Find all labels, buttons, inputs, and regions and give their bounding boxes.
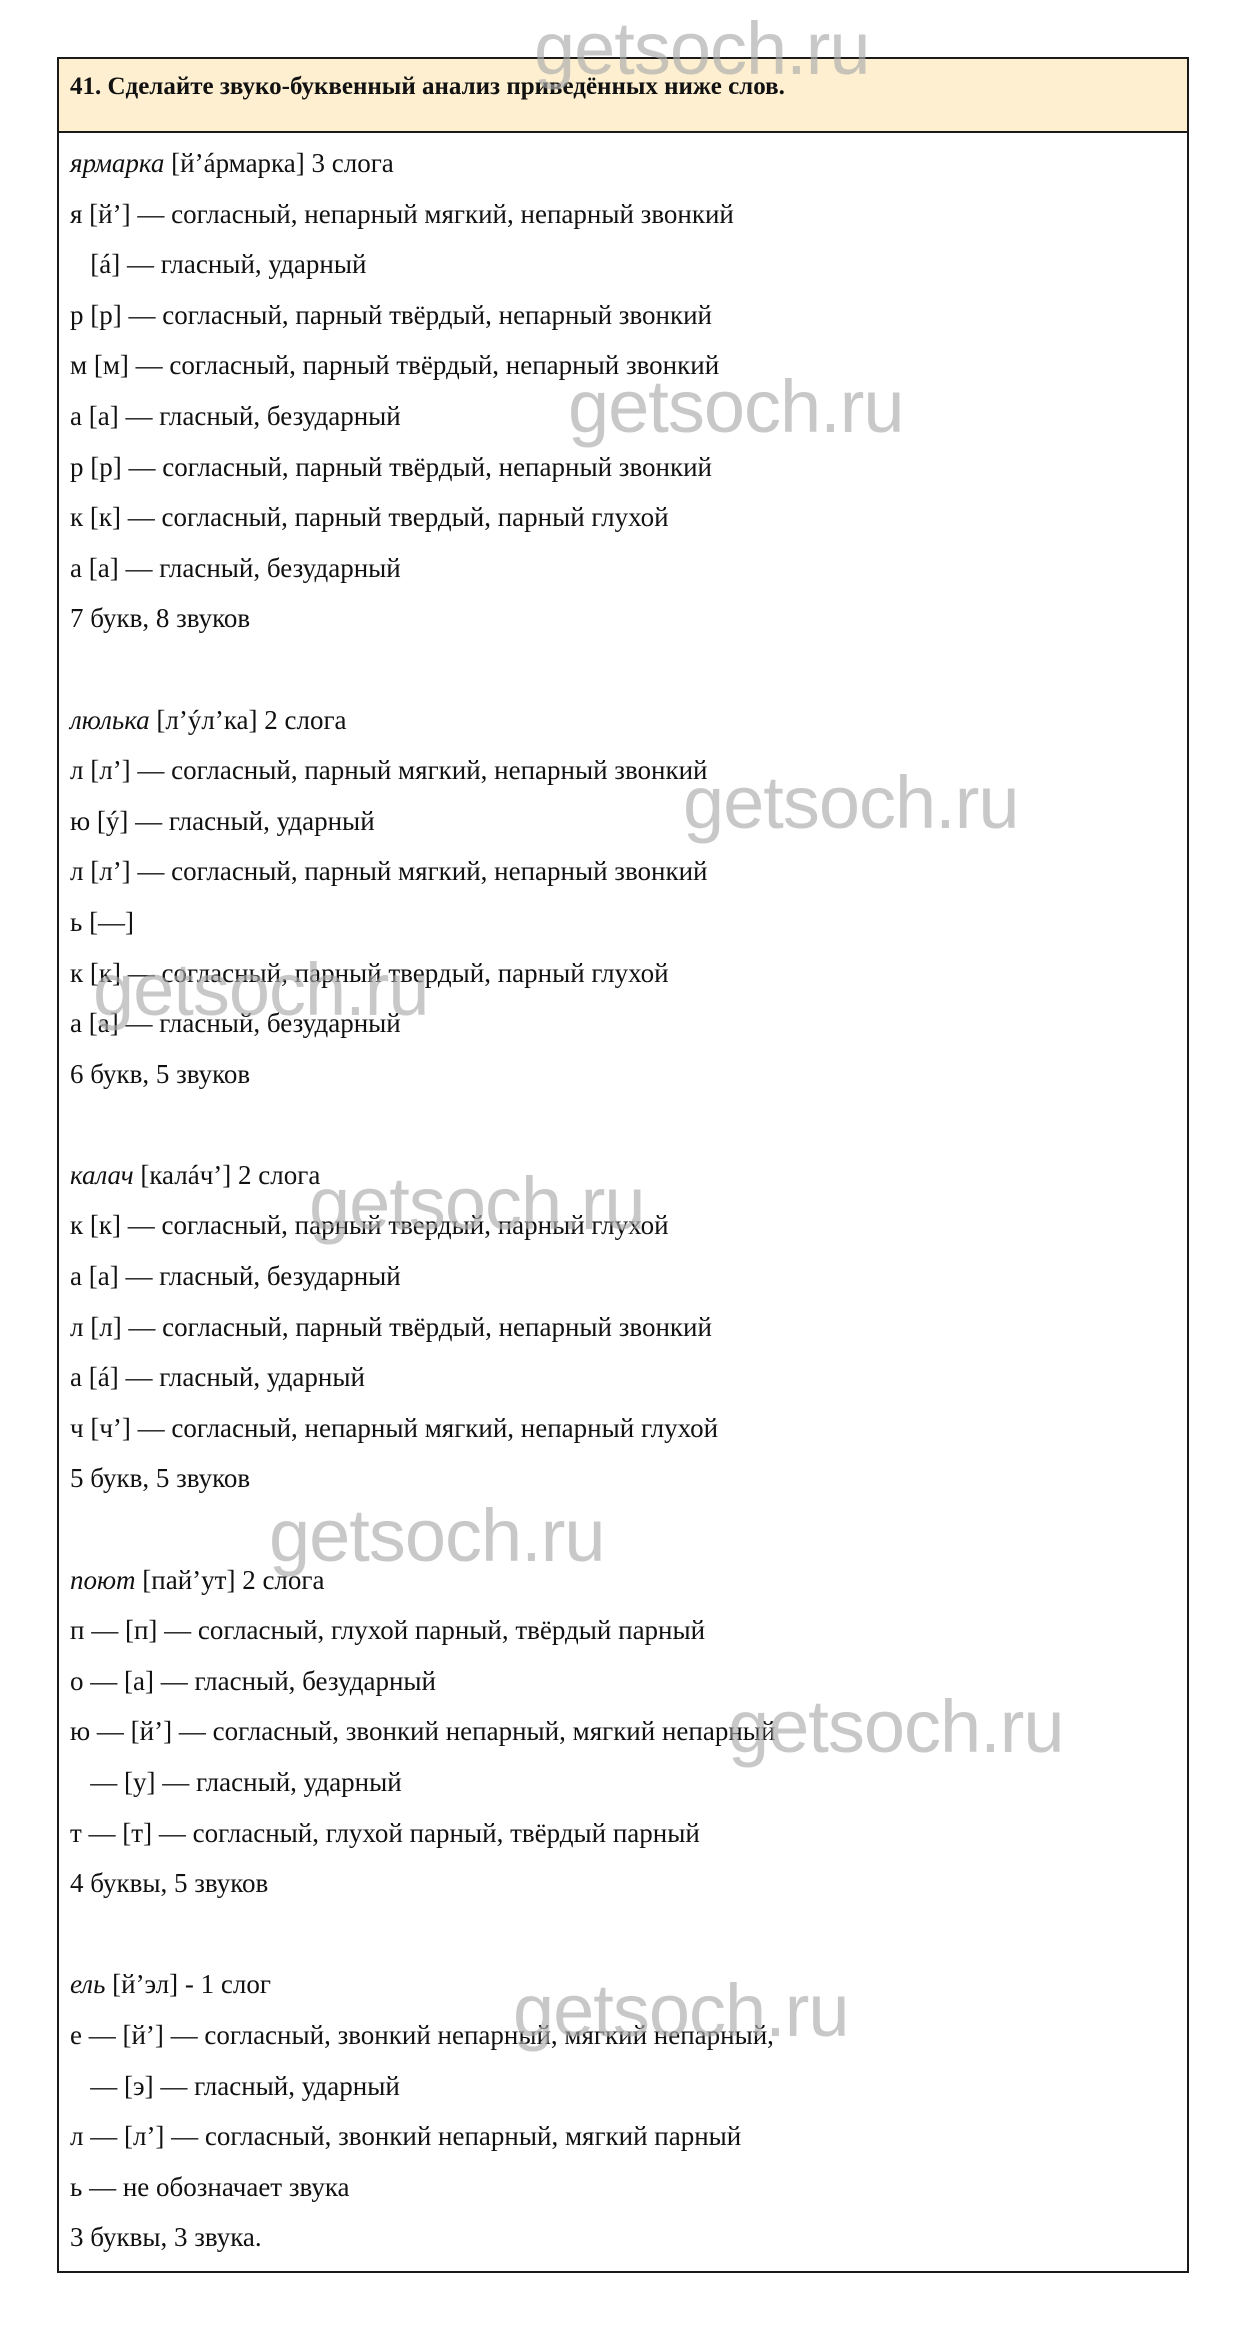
analysis-line: л [л] — согласный, парный твёрдый, непар…	[70, 1302, 1187, 1353]
word-heading: поют [пай’ут] 2 слога	[70, 1555, 1187, 1606]
analysis-line: р [р] — согласный, парный твёрдый, непар…	[70, 290, 1187, 341]
word-heading: калач [калáч’] 2 слога	[70, 1150, 1187, 1201]
analysis-line: к [к] — согласный, парный твердый, парны…	[70, 492, 1187, 543]
transcription: [й’эл] - 1 слог	[105, 1969, 271, 1999]
analysis-line: а [á] — гласный, ударный	[70, 1352, 1187, 1403]
word-heading: ярмарка [й’áрмарка] 3 слога	[70, 138, 1187, 189]
analysis-line: 6 букв, 5 звуков	[70, 1049, 1187, 1100]
analysis-line: л [л’] — согласный, парный мягкий, непар…	[70, 745, 1187, 796]
analysis-line: ь — не обозначает звука	[70, 2162, 1187, 2213]
analysis-line: а [а] — гласный, безударный	[70, 1251, 1187, 1302]
transcription: [калáч’] 2 слога	[134, 1160, 321, 1190]
analysis-line: ю — [й’] — согласный, звонкий непарный, …	[70, 1706, 1187, 1757]
analysis-line: т — [т] — согласный, глухой парный, твёр…	[70, 1808, 1187, 1859]
analysis-line: — [у] — гласный, ударный	[70, 1757, 1187, 1808]
analysis-line: а [а] — гласный, безударный	[70, 543, 1187, 594]
analysis-line: 5 букв, 5 звуков	[70, 1453, 1187, 1504]
analysis-line: м [м] — согласный, парный твёрдый, непар…	[70, 340, 1187, 391]
analysis-line: а [а] — гласный, безударный	[70, 391, 1187, 442]
analyzed-word: ель	[70, 1969, 105, 1999]
analysis-line: [á] — гласный, ударный	[70, 239, 1187, 290]
blank-line	[70, 644, 1187, 695]
word-heading: люлька [л’ýл’ка] 2 слога	[70, 695, 1187, 746]
analysis-line: о — [а] — гласный, безударный	[70, 1656, 1187, 1707]
analysis-line: — [э] — гласный, ударный	[70, 2061, 1187, 2112]
analysis-line: 3 буквы, 3 звука.	[70, 2212, 1187, 2263]
analysis-line: п — [п] — согласный, глухой парный, твёр…	[70, 1605, 1187, 1656]
analyzed-word: калач	[70, 1160, 134, 1190]
analysis-line: ь [—]	[70, 897, 1187, 948]
analyzed-word: поют	[70, 1565, 136, 1595]
blank-line	[70, 1099, 1187, 1150]
analyzed-word: люлька	[70, 705, 150, 735]
task-body: ярмарка [й’áрмарка] 3 слогая [й’] — согл…	[59, 133, 1187, 2271]
analysis-line: 7 букв, 8 звуков	[70, 593, 1187, 644]
analysis-line: к [к] — согласный, парный твердый, парны…	[70, 1200, 1187, 1251]
analysis-line: я [й’] — согласный, непарный мягкий, неп…	[70, 189, 1187, 240]
task-title: 41. Сделайте звуко-буквенный анализ прив…	[59, 59, 1187, 133]
transcription: [л’ýл’ка] 2 слога	[150, 705, 347, 735]
analysis-line: е — [й’] — согласный, звонкий непарный, …	[70, 2010, 1187, 2061]
analysis-line: 4 буквы, 5 звуков	[70, 1858, 1187, 1909]
analysis-line: к [к] — согласный, парный твердый, парны…	[70, 948, 1187, 999]
analysis-line: ч [ч’] — согласный, непарный мягкий, неп…	[70, 1403, 1187, 1454]
analysis-line: р [р] — согласный, парный твёрдый, непар…	[70, 442, 1187, 493]
blank-line	[70, 1504, 1187, 1555]
analyzed-word: ярмарка	[70, 148, 164, 178]
transcription: [пай’ут] 2 слога	[136, 1565, 325, 1595]
blank-line	[70, 1909, 1187, 1960]
word-heading: ель [й’эл] - 1 слог	[70, 1959, 1187, 2010]
analysis-line: л — [л’] — согласный, звонкий непарный, …	[70, 2111, 1187, 2162]
transcription: [й’áрмарка] 3 слога	[164, 148, 393, 178]
analysis-line: ю [ý] — гласный, ударный	[70, 796, 1187, 847]
analysis-line: а [а] — гласный, безударный	[70, 998, 1187, 1049]
task-box: 41. Сделайте звуко-буквенный анализ прив…	[57, 57, 1189, 2273]
analysis-line: л [л’] — согласный, парный мягкий, непар…	[70, 846, 1187, 897]
